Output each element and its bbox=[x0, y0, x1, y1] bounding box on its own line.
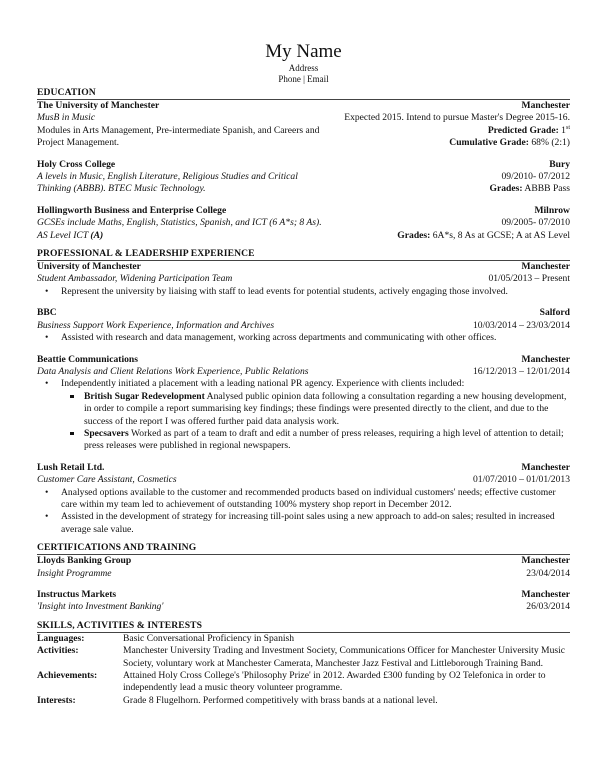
education-section: EDUCATION The University of Manchester M… bbox=[37, 87, 570, 242]
job-role: Customer Care Assistant, Cosmetics bbox=[37, 474, 177, 486]
institution-name: Hollingworth Business and Enterprise Col… bbox=[37, 205, 325, 217]
experience-entry: Beattie Communications Manchester Data A… bbox=[37, 354, 570, 453]
bullet-point: Analysed options available to the custom… bbox=[51, 487, 570, 512]
experience-entry: University of Manchester Manchester Stud… bbox=[37, 261, 570, 298]
job-dates: 01/07/2010 – 01/01/2013 bbox=[473, 474, 570, 486]
resume-header: My Name Address Phone | Email bbox=[37, 41, 570, 85]
experience-entry: Lush Retail Ltd. Manchester Customer Car… bbox=[37, 462, 570, 536]
job-role: Data Analysis and Client Relations Work … bbox=[37, 366, 309, 378]
skills-label: Activities: bbox=[37, 645, 123, 670]
education-details: GCSEs include Maths, English, Statistics… bbox=[37, 217, 325, 242]
certification-entry: Lloyds Banking Group Manchester Insight … bbox=[37, 555, 570, 580]
bullet-point: Assisted in the development of strategy … bbox=[51, 511, 570, 536]
organization-name: University of Manchester bbox=[37, 261, 141, 273]
institution-location: Bury bbox=[325, 159, 570, 171]
education-details: A levels in Music, English Literature, R… bbox=[37, 171, 325, 196]
education-entry: The University of Manchester MusB in Mus… bbox=[37, 100, 570, 150]
job-dates: 10/03/2014 – 23/03/2014 bbox=[473, 320, 570, 332]
certification-entry: Instructus Markets Manchester 'Insight i… bbox=[37, 589, 570, 614]
organization-location: Manchester bbox=[522, 462, 570, 474]
skills-label: Interests: bbox=[37, 695, 123, 707]
bullet-point: Assisted with research and data manageme… bbox=[51, 332, 570, 344]
organization-name: Beattie Communications bbox=[37, 354, 138, 366]
certification-program: Insight Programme bbox=[37, 568, 112, 580]
education-dates: 09/2010- 07/2012 bbox=[325, 171, 570, 183]
organization-name: Lush Retail Ltd. bbox=[37, 462, 104, 474]
skills-label: Achievements: bbox=[37, 670, 123, 695]
section-title: EDUCATION bbox=[37, 87, 570, 100]
certification-location: Manchester bbox=[522, 589, 570, 601]
education-entry: Hollingworth Business and Enterprise Col… bbox=[37, 205, 570, 242]
institution-name: The University of Manchester bbox=[37, 100, 325, 112]
job-dates: 01/05/2013 – Present bbox=[488, 273, 570, 285]
candidate-name: My Name bbox=[37, 41, 570, 63]
section-title: CERTIFICATIONS AND TRAINING bbox=[37, 542, 570, 555]
skills-value: Basic Conversational Proficiency in Span… bbox=[123, 633, 570, 645]
certification-date: 23/04/2014 bbox=[526, 568, 570, 580]
skills-label: Languages: bbox=[37, 633, 123, 645]
education-details: Modules in Arts Management, Pre-intermed… bbox=[37, 125, 325, 150]
institution-location: Milnrow bbox=[325, 205, 570, 217]
certification-location: Manchester bbox=[522, 555, 570, 567]
contact-info: Phone | Email bbox=[37, 74, 570, 85]
predicted-grade: Predicted Grade: 1st bbox=[325, 125, 570, 137]
skills-row: Achievements: Attained Holy Cross Colleg… bbox=[37, 670, 570, 695]
skills-row: Activities: Manchester University Tradin… bbox=[37, 645, 570, 670]
organization-location: Manchester bbox=[522, 354, 570, 366]
certification-org: Lloyds Banking Group bbox=[37, 555, 131, 567]
education-dates: 09/2005- 07/2010 bbox=[325, 217, 570, 229]
skills-table: Languages: Basic Conversational Proficie… bbox=[37, 633, 570, 707]
skills-section: SKILLS, ACTIVITIES & INTERESTS Languages… bbox=[37, 620, 570, 707]
resume-page: My Name Address Phone | Email EDUCATION … bbox=[0, 0, 600, 707]
degree: MusB in Music bbox=[37, 112, 325, 124]
grades: Grades: 6A*s, 8 As at GCSE; A at AS Leve… bbox=[325, 230, 570, 242]
organization-location: Manchester bbox=[522, 261, 570, 273]
section-title: SKILLS, ACTIVITIES & INTERESTS bbox=[37, 620, 570, 633]
address: Address bbox=[37, 63, 570, 74]
skills-row: Languages: Basic Conversational Proficie… bbox=[37, 633, 570, 645]
sub-bullet-point: Specsavers Worked as part of a team to d… bbox=[75, 428, 570, 453]
institution-location: Manchester bbox=[325, 100, 570, 112]
experience-entry: BBC Salford Business Support Work Experi… bbox=[37, 307, 570, 344]
certification-program: 'Insight into Investment Banking' bbox=[37, 601, 163, 613]
job-dates: 16/12/2013 – 12/01/2014 bbox=[473, 366, 570, 378]
expected-graduation: Expected 2015. Intend to pursue Master's… bbox=[325, 112, 570, 124]
certifications-section: CERTIFICATIONS AND TRAINING Lloyds Banki… bbox=[37, 542, 570, 614]
experience-section: PROFESSIONAL & LEADERSHIP EXPERIENCE Uni… bbox=[37, 248, 570, 536]
job-role: Business Support Work Experience, Inform… bbox=[37, 320, 274, 332]
bullet-point: Represent the university by liaising wit… bbox=[51, 286, 570, 298]
job-role: Student Ambassador, Widening Participati… bbox=[37, 273, 232, 285]
section-title: PROFESSIONAL & LEADERSHIP EXPERIENCE bbox=[37, 248, 570, 261]
skills-value: Manchester University Trading and Invest… bbox=[123, 645, 570, 670]
cumulative-grade: Cumulative Grade: 68% (2:1) bbox=[325, 137, 570, 149]
skills-value: Attained Holy Cross College's 'Philosoph… bbox=[123, 670, 570, 695]
bullet-point: Independently initiated a placement with… bbox=[51, 378, 570, 452]
skills-row: Interests: Grade 8 Flugelhorn. Performed… bbox=[37, 695, 570, 707]
certification-org: Instructus Markets bbox=[37, 589, 116, 601]
certification-date: 26/03/2014 bbox=[526, 601, 570, 613]
organization-location: Salford bbox=[540, 307, 570, 319]
organization-name: BBC bbox=[37, 307, 57, 319]
skills-value: Grade 8 Flugelhorn. Performed competitiv… bbox=[123, 695, 570, 707]
institution-name: Holy Cross College bbox=[37, 159, 325, 171]
grades: Grades: ABBB Pass bbox=[325, 183, 570, 195]
sub-bullet-point: British Sugar Redevelopment Analysed pub… bbox=[75, 391, 570, 428]
education-entry: Holy Cross College A levels in Music, En… bbox=[37, 159, 570, 196]
